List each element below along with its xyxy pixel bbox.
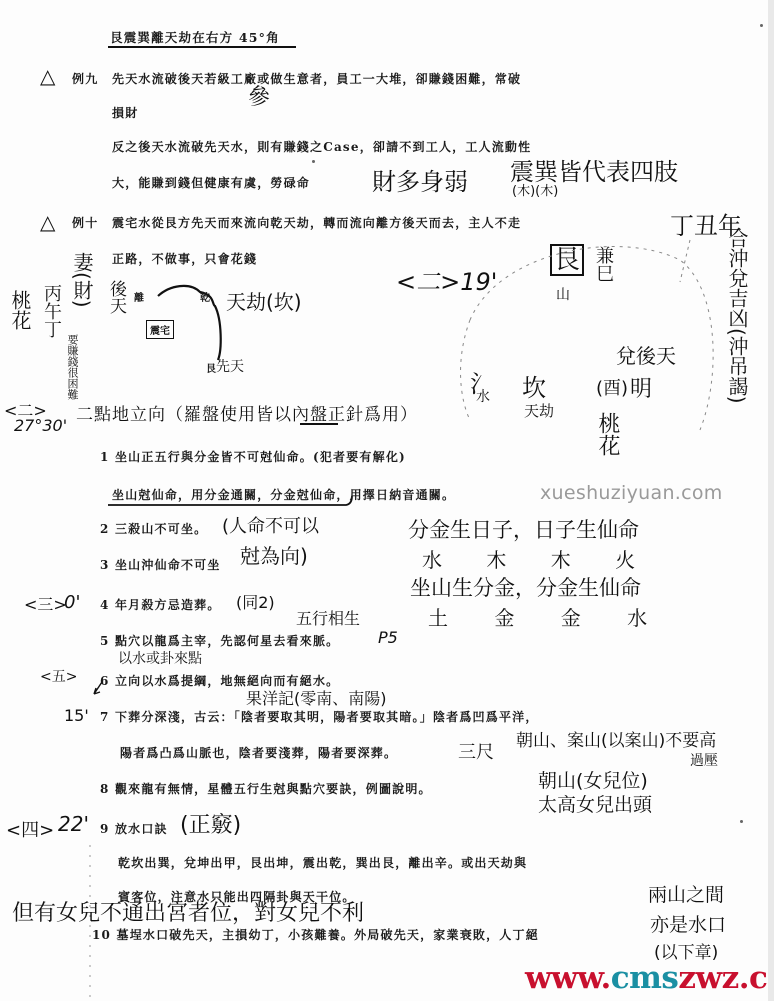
angle-value-four: 22' (58, 812, 89, 836)
handwritten-wu-xing: 五行相生 (296, 606, 360, 629)
handwritten-p5: P5 (378, 628, 398, 647)
diagram-li: 離 (134, 289, 145, 304)
handwritten-chao-shan-2: 朝山(女兒位) (538, 766, 648, 793)
handwritten-guo-ya: 過壓 (690, 750, 718, 770)
handwritten-yi-shi-shui-kou: 亦是水口 (650, 910, 726, 937)
handwritten-ke-wei-xiang: 尅為向) (240, 540, 308, 569)
angle-marker-three: <三> (24, 592, 67, 615)
handwritten-yi-shui: 以水或卦來點 (118, 648, 202, 668)
handwritten-elements-1: 水 木 木 火 (422, 544, 635, 573)
section-two-heading: 二點地立向（羅盤使用皆以內盤正針爲用） (76, 400, 418, 425)
scanned-page: 艮震巽離天劫在右方 45°角 △ 例九 先天水流破後天若級工廠或做生意者，員工一… (0, 0, 774, 1001)
angle-marker-five: <五> (40, 666, 77, 686)
handwritten-guo-yang: 果洋記(零南、南陽) (246, 686, 387, 709)
handwritten-elements-2: 土 金 金 水 (428, 602, 647, 631)
handwritten-chao-shan: 朝山、案山(以案山)不要高 (516, 726, 716, 751)
handwritten-fen-jin-1: 分金生日子，日子生仙命 (408, 514, 639, 544)
page-edge (768, 0, 774, 1001)
handwritten-qi-cai: 妻(財) (68, 252, 97, 308)
scan-speck (312, 160, 315, 163)
item-9-rule-1: 乾坎出巽，兌坤出甲，艮出坤，震出乾，巽出艮，離出辛。或出天劫與 (118, 854, 527, 871)
heading-underline (300, 423, 338, 425)
item-9: 9 放水口訣 (100, 820, 168, 837)
handwritten-same-2: (同2) (236, 590, 275, 613)
angle-marker-four: <四> (6, 816, 54, 842)
handwritten-fen-jin-2: 坐山生分金，分金生仙命 (410, 572, 641, 602)
item-10: 10 墓埕水口破先天，主損幼丁，小孩難養。外局破先天，家業衰敗，人丁絕 (92, 926, 539, 943)
item-7-cont: 陽者爲凸爲山脈也，陰者要淺葬，陽者要深葬。 (120, 744, 397, 761)
scan-speck (740, 820, 743, 823)
angle-value-five: 15' (64, 706, 89, 725)
handwritten-dan-you: 但有女兒不通出宮者位，對女兒不利 (12, 896, 364, 927)
handwritten-zheng-qiao: (正竅) (180, 808, 241, 839)
house-box: 震宅 (146, 320, 174, 339)
handwritten-tao-hua-left: 桃花 (6, 290, 35, 330)
item-3: 3 坐山沖仙命不可坐 (100, 556, 221, 573)
item-8: 8 觀來龍有無情，星體五行生尅與點穴要訣，例圖說明。 (100, 780, 432, 797)
handwritten-ren-ming: (人命不可以 (222, 512, 319, 538)
scan-speck (760, 24, 763, 27)
handwritten-hou-tian: 後天 (104, 280, 129, 314)
handwritten-san-chi: 三尺 (458, 738, 494, 764)
handwritten-tian-jie-kan: 天劫(坎) (226, 286, 302, 315)
handwritten-bing-wu-ding: 丙午丁 (38, 284, 64, 338)
handwritten-liang-shan: 兩山之間 (648, 880, 724, 907)
watermark-xueshuziyuan: xueshuziyuan.com (540, 482, 723, 504)
item-4: 4 年月殺方忌造葬。 (100, 596, 221, 613)
angle-value-two: 27°30' (14, 416, 67, 435)
handwritten-xian-tian: 先天 (216, 356, 244, 376)
item-7: 7 下葬分深淺，古云：「陰者要取其明，陽者要取其暗。」陰者爲凹爲平洋， (100, 708, 539, 725)
diagram-qian: 乾 (200, 289, 211, 304)
item-2: 2 三殺山不可坐。 (100, 520, 207, 537)
handwritten-hard-to-earn: 要賺錢很困難 (66, 334, 79, 390)
watermark-cmszwz: www.cmszwz.com (525, 960, 774, 996)
item-1: 1 坐山正五行與分金皆不可尅仙命。(犯者要有解化) (100, 448, 406, 465)
item-1-note: 坐山尅仙命，用分金通關，分金尅仙命，用擇日納音通關。 (112, 486, 455, 503)
angle-value-three: 0' (64, 592, 80, 613)
item-5: 5 點穴以龍爲主宰，先認何星去看來脈。 (100, 632, 339, 649)
handwritten-tai-gao: 太高女兒出頭 (538, 790, 652, 817)
